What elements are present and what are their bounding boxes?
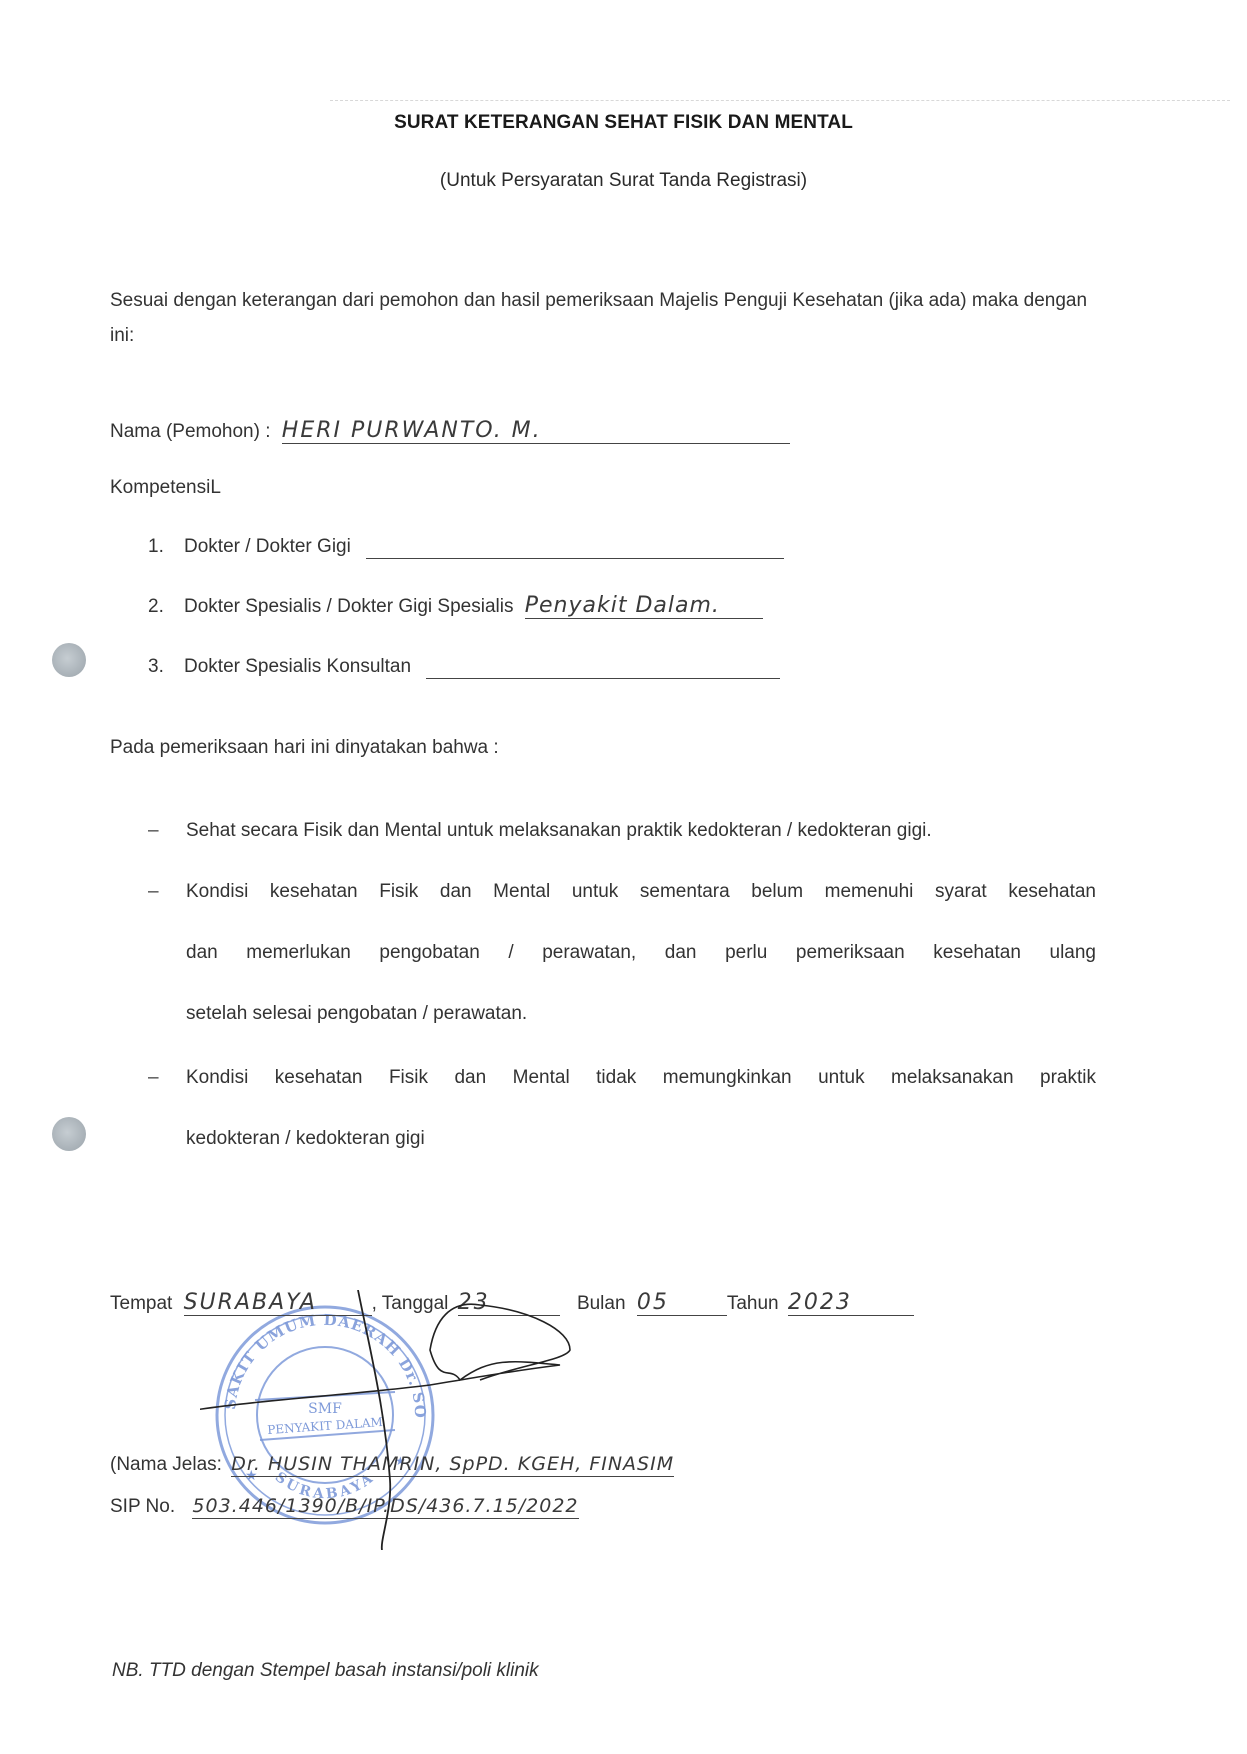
applicant-row: Nama (Pemohon) : HERI PURWANTO. M. <box>110 418 790 444</box>
intro-paragraph: Sesuai dengan keterangan dari pemohon da… <box>110 283 1095 353</box>
document-title: SURAT KETERANGAN SEHAT FISIK DAN MENTAL <box>0 112 1247 134</box>
competency-item-3: 3.Dokter Spesialis Konsultan <box>148 653 780 679</box>
statement-option-1[interactable]: – Sehat secara Fisik dan Mental untuk me… <box>148 800 1098 861</box>
competency-item-label: Dokter Spesialis Konsultan <box>184 656 411 677</box>
scan-artifact-line <box>330 100 1230 102</box>
competency-item-1-field[interactable] <box>366 533 784 559</box>
year-value: 2023 <box>788 1290 852 1315</box>
statement-option-3[interactable]: – Kondisi kesehatan Fisik dan Mental tid… <box>148 1047 1098 1169</box>
punch-hole-top <box>52 643 86 677</box>
applicant-label: Nama (Pemohon) : <box>110 421 271 442</box>
competency-item-2: 2.Dokter Spesialis / Dokter Gigi Spesial… <box>148 593 763 619</box>
footnote: NB. TTD dengan Stempel basah instansi/po… <box>112 1660 539 1682</box>
signature <box>200 1290 600 1550</box>
competency-item-1: 1.Dokter / Dokter Gigi <box>148 533 784 559</box>
applicant-name-value: HERI PURWANTO. M. <box>282 418 542 443</box>
statement-option-2[interactable]: – Kondisi kesehatan Fisik dan Mental unt… <box>148 861 1098 1044</box>
place-label: Tempat <box>110 1293 172 1314</box>
specialty-value: Penyakit Dalam. <box>525 593 720 618</box>
punch-hole-bottom <box>52 1117 86 1151</box>
document-subtitle: (Untuk Persyaratan Surat Tanda Registras… <box>0 170 1247 192</box>
statement-intro: Pada pemeriksaan hari ini dinyatakan bah… <box>110 737 499 759</box>
month-value: 05 <box>637 1290 669 1315</box>
year-label: Tahun <box>727 1293 779 1314</box>
competency-item-3-field[interactable] <box>426 653 780 679</box>
competency-item-2-field[interactable]: Penyakit Dalam. <box>525 593 763 619</box>
competency-item-label: Dokter / Dokter Gigi <box>184 536 351 557</box>
sip-label: SIP No. <box>110 1496 175 1517</box>
competency-item-label: Dokter Spesialis / Dokter Gigi Spesialis <box>184 596 513 617</box>
competency-label: KompetensiL <box>110 477 221 499</box>
applicant-name-field[interactable]: HERI PURWANTO. M. <box>282 418 790 444</box>
year-field[interactable]: 2023 <box>788 1290 914 1316</box>
month-field[interactable]: 05 <box>637 1290 727 1316</box>
